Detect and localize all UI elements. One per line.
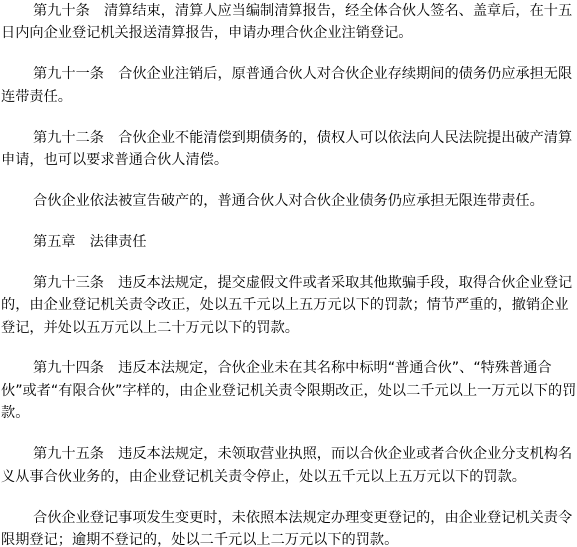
law-article-92-paragraph-2: 合伙企业依法被宣告破产的，普通合伙人对合伙企业债务仍应承担无限连带责任。 — [1, 190, 577, 212]
law-article-91: 第九十一条 合伙企业注销后，原普通合伙人对合伙企业存续期间的债务仍应承担无限连带… — [1, 63, 577, 108]
chapter-5-heading: 第五章 法律责任 — [1, 231, 577, 253]
law-article-95: 第九十五条 违反本法规定，未领取营业执照，而以合伙企业或者合伙企业分支机构名义从… — [1, 443, 577, 488]
law-article-93: 第九十三条 违反本法规定，提交虚假文件或者采取其他欺骗手段，取得合伙企业登记的，… — [1, 272, 577, 339]
document-page: 第九十条 清算结束，清算人应当编制清算报告，经全体合伙人签名、盖章后，在十五日内… — [0, 0, 577, 547]
law-article-90: 第九十条 清算结束，清算人应当编制清算报告，经全体合伙人签名、盖章后，在十五日内… — [1, 0, 577, 45]
law-article-92: 第九十二条 合伙企业不能清偿到期债务的，债权人可以依法向人民法院提出破产清算申请… — [1, 127, 577, 172]
law-article-94: 第九十四条 违反本法规定，合伙企业未在其名称中标明“普通合伙”、“特殊普通合伙”… — [1, 357, 577, 424]
law-article-95-paragraph-2: 合伙企业登记事项发生变更时，未依照本法规定办理变更登记的，由企业登记机关责令限期… — [1, 507, 577, 547]
